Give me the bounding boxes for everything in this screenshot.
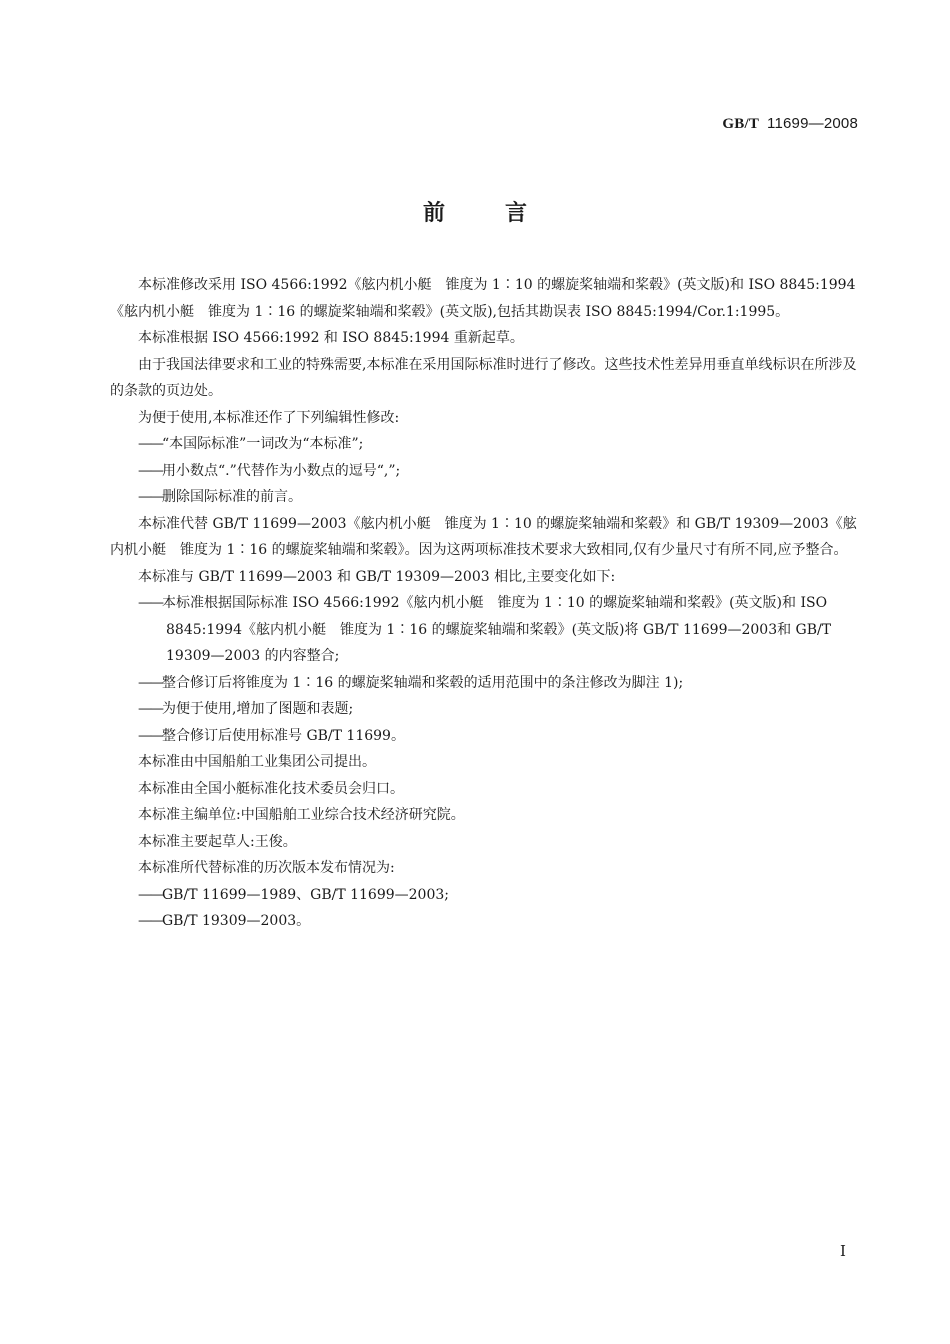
- paragraph: 本标准由全国小艇标准化技术委员会归口。: [110, 776, 858, 803]
- dash-bullet: ——: [138, 913, 162, 929]
- page-number: I: [840, 1242, 846, 1260]
- list-item: ——删除国际标准的前言。: [138, 484, 858, 511]
- paragraph: 本标准根据 ISO 4566:1992 和 ISO 8845:1994 重新起草…: [110, 325, 858, 352]
- paragraph: 本标准由中国船舶工业集团公司提出。: [110, 749, 858, 776]
- list-item: ——整合修订后使用标准号 GB/T 11699。: [138, 723, 858, 750]
- list-item: ——本标准根据国际标准 ISO 4566:1992《舷内机小艇 锥度为 1∶10…: [138, 590, 858, 670]
- list-item: ——“本国际标准”一词改为“本标准”;: [138, 431, 858, 458]
- dash-bullet: ——: [138, 489, 162, 505]
- dash-bullet: ——: [138, 675, 162, 691]
- paragraph: 本标准主要起草人:王俊。: [110, 829, 858, 856]
- list-item: ——用小数点“.”代替作为小数点的逗号“,”;: [138, 458, 858, 485]
- dash-bullet: ——: [138, 595, 162, 611]
- list-item: ——GB/T 11699—1989、GB/T 11699—2003;: [138, 882, 858, 909]
- dash-bullet: ——: [138, 701, 162, 717]
- list-item: ——为便于使用,增加了图题和表题;: [138, 696, 858, 723]
- dash-bullet: ——: [138, 887, 162, 903]
- list-item: ——GB/T 19309—2003。: [138, 908, 858, 935]
- standard-code: GB/T11699—2008: [722, 114, 858, 133]
- paragraph: 为便于使用,本标准还作了下列编辑性修改:: [110, 405, 858, 432]
- list-item: ——整合修订后将锥度为 1∶16 的螺旋桨轴端和桨毂的适用范围中的条注修改为脚注…: [138, 670, 858, 697]
- paragraph: 本标准与 GB/T 11699—2003 和 GB/T 19309—2003 相…: [110, 564, 858, 591]
- dash-bullet: ——: [138, 463, 162, 479]
- page-title: 前言: [0, 196, 950, 227]
- standard-prefix: GB/T: [722, 116, 759, 132]
- paragraph: 本标准所代替标准的历次版本发布情况为:: [110, 855, 858, 882]
- paragraph: 本标准主编单位:中国船舶工业综合技术经济研究院。: [110, 802, 858, 829]
- standard-number: 11699—2008: [767, 115, 858, 132]
- foreword-body: 本标准修改采用 ISO 4566:1992《舷内机小艇 锥度为 1∶10 的螺旋…: [110, 272, 858, 935]
- paragraph: 由于我国法律要求和工业的特殊需要,本标准在采用国际标准时进行了修改。这些技术性差…: [110, 352, 858, 405]
- dash-bullet: ——: [138, 728, 162, 744]
- paragraph: 本标准代替 GB/T 11699—2003《舷内机小艇 锥度为 1∶10 的螺旋…: [110, 511, 858, 564]
- dash-bullet: ——: [138, 436, 162, 452]
- paragraph: 本标准修改采用 ISO 4566:1992《舷内机小艇 锥度为 1∶10 的螺旋…: [110, 272, 858, 325]
